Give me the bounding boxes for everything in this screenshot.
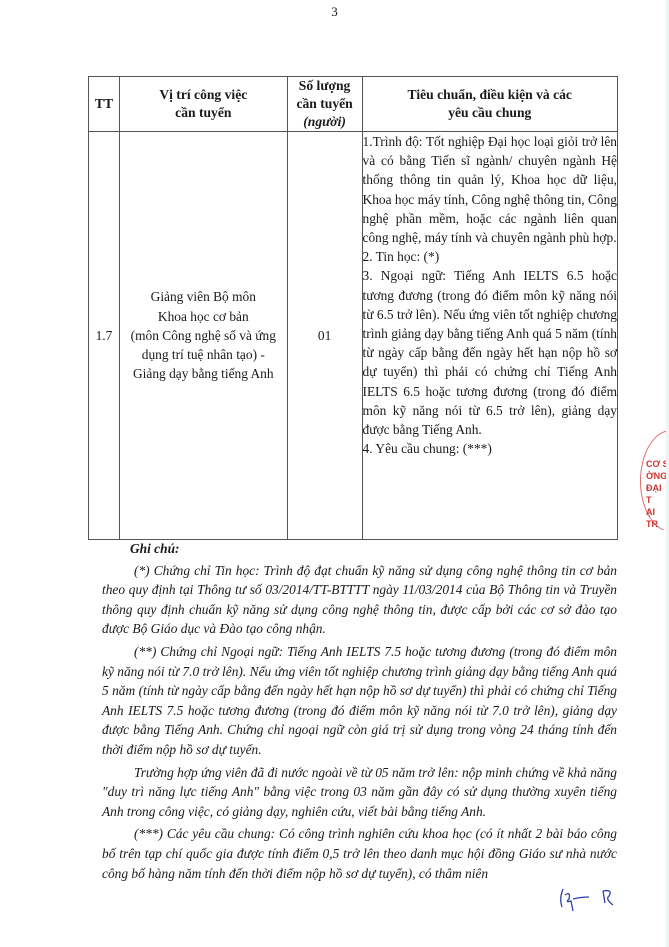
requirement-education: 1.Trình độ: Tốt nghiệp Đại học loại giỏi… — [363, 132, 617, 247]
note-language-certificate: (**) Chứng chỉ Ngoại ngữ: Tiếng Anh IELT… — [102, 642, 617, 760]
table-row: 1.7 Giảng viên Bộ môn Khoa học cơ bản (m… — [89, 132, 618, 540]
note-abroad-case: Trường hợp ứng viên đã đi nước ngoài về … — [102, 763, 617, 822]
requirement-language: 3. Ngoại ngữ: Tiếng Anh IELTS 6.5 hoặc t… — [363, 266, 617, 439]
header-position: Vị trí công việc cần tuyển — [119, 77, 287, 132]
row-requirements: 1.Trình độ: Tốt nghiệp Đại học loại giỏi… — [362, 132, 617, 540]
notes-section: Ghi chú: (*) Chứng chỉ Tin học: Trình độ… — [110, 539, 617, 886]
row-position: Giảng viên Bộ môn Khoa học cơ bản (môn C… — [119, 132, 287, 540]
header-quantity-unit: (người) — [288, 113, 362, 131]
position-line: dụng trí tuệ nhân tạo) - — [120, 345, 287, 364]
notes-title: Ghi chú: — [130, 539, 617, 559]
header-position-line1: Vị trí công việc — [120, 86, 287, 104]
header-requirements-line2: yêu cầu chung — [363, 104, 617, 122]
signature-icon — [555, 885, 625, 915]
initials-signature — [555, 885, 625, 915]
table-header-row: TT Vị trí công việc cần tuyển Số lượng c… — [89, 77, 618, 132]
header-quantity-line1: Số lượng — [288, 77, 362, 95]
note-general-requirements: (***) Các yêu cầu chung: Có công trình n… — [102, 824, 617, 883]
red-stamp: CƠ S ỜNG ĐẠI T ẠI TR — [640, 430, 669, 530]
header-quantity-line2: cần tuyển — [288, 95, 362, 113]
header-quantity: Số lượng cần tuyển (người) — [287, 77, 362, 132]
page-number: 3 — [0, 4, 669, 20]
position-line: (môn Công nghệ số và ứng — [120, 326, 287, 345]
header-position-line2: cần tuyển — [120, 104, 287, 122]
header-requirements: Tiêu chuẩn, điều kiện và các yêu cầu chu… — [362, 77, 617, 132]
requirement-it: 2. Tin học: (*) — [363, 247, 617, 266]
recruitment-table: TT Vị trí công việc cần tuyển Số lượng c… — [88, 76, 618, 540]
note-it-certificate: (*) Chứng chỉ Tin học: Trình độ đạt chuẩ… — [102, 561, 617, 639]
position-line: Khoa học cơ bản — [120, 307, 287, 326]
header-requirements-line1: Tiêu chuẩn, điều kiện và các — [363, 86, 617, 104]
position-line: Giảng viên Bộ môn — [120, 287, 287, 306]
row-tt: 1.7 — [89, 132, 120, 540]
header-tt: TT — [89, 77, 120, 132]
requirement-general: 4. Yêu cầu chung: (***) — [363, 439, 617, 458]
row-quantity: 01 — [287, 132, 362, 540]
position-line: Giảng dạy bằng tiếng Anh — [120, 364, 287, 383]
